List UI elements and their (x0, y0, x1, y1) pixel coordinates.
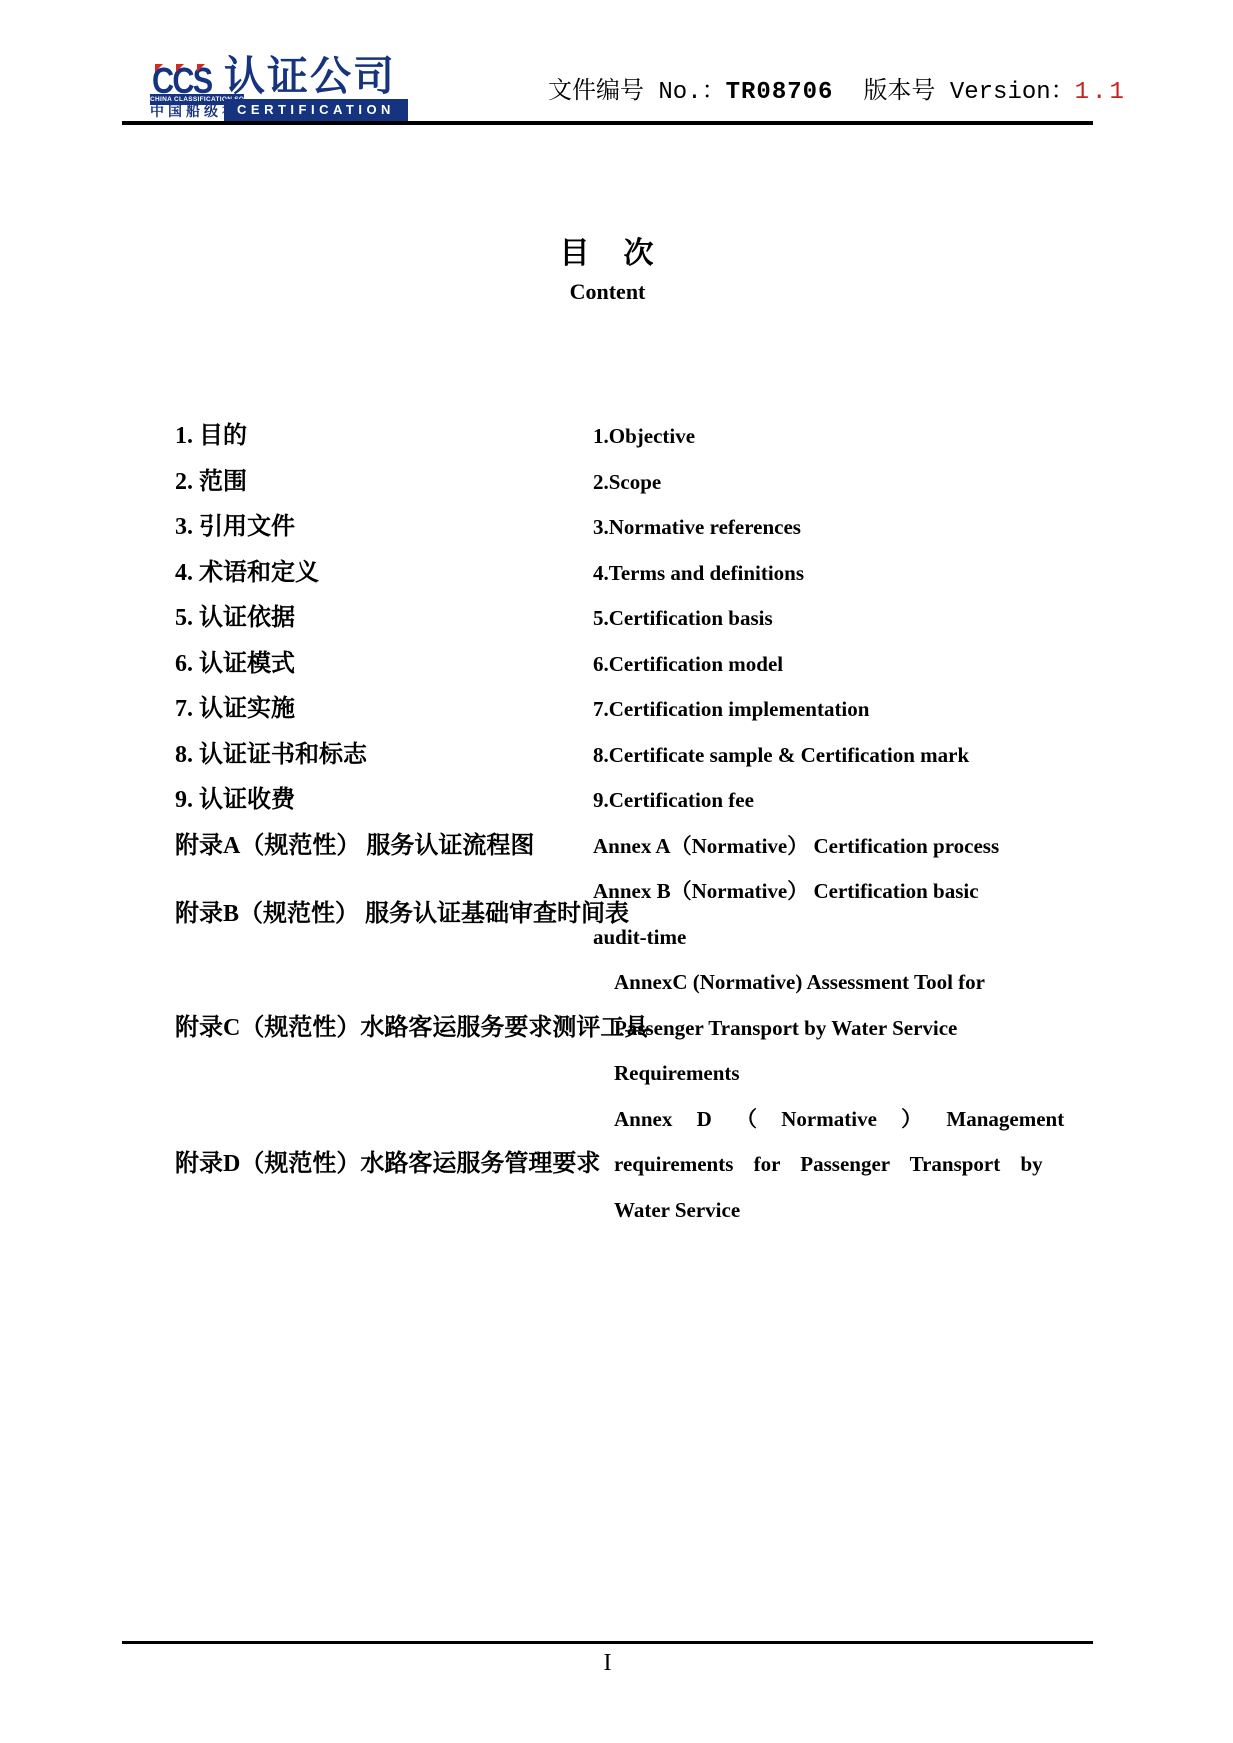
page-title-en: Content (122, 279, 1093, 305)
toc-en-line: audit-time (593, 915, 1105, 961)
toc-entry-en: AnnexC (Normative) Assessment Tool for P… (593, 960, 1105, 1097)
toc-entry-en: 6.Certification model (593, 642, 1105, 688)
toc-entry-en: Annex B（Normative） Certification basic a… (593, 869, 1105, 960)
toc-row: 2. 范围 2.Scope (175, 460, 1105, 506)
toc-entry-cn: 附录B（规范性） 服务认证基础审查时间表 (175, 869, 593, 960)
toc-entry-cn: 5. 认证依据 (175, 596, 593, 642)
toc-entry-en: 4.Terms and definitions (593, 551, 1105, 597)
doc-number-value: TR08706 (726, 79, 834, 106)
table-of-contents: 1. 目的 1.Objective 2. 范围 2.Scope 3. 引用文件 … (175, 414, 1105, 1233)
ccs-red-accent-icon (197, 64, 205, 72)
toc-entry-en: 2.Scope (593, 460, 1105, 506)
toc-entry-en: Annex D （ Normative ） Management require… (593, 1097, 1105, 1234)
toc-row: 9. 认证收费 9.Certification fee (175, 778, 1105, 824)
toc-entry-cn: 2. 范围 (175, 460, 593, 506)
logo-ccs-block: CCS (152, 66, 218, 96)
toc-entry-cn: 7. 认证实施 (175, 687, 593, 733)
toc-row: 附录B（规范性） 服务认证基础审查时间表 Annex B（Normative） … (175, 869, 1105, 960)
toc-en-line: Requirements (614, 1051, 1105, 1097)
ccs-red-accent-icon (155, 64, 163, 72)
toc-en-line: Annex B（Normative） Certification basic (593, 869, 1105, 915)
ccs-logo: CCS CHINA CLASSIFICATION SOCIETY 中国船级社 认… (150, 58, 410, 124)
toc-row: 8. 认证证书和标志 8.Certificate sample & Certif… (175, 733, 1105, 779)
toc-entry-cn: 6. 认证模式 (175, 642, 593, 688)
toc-row: 5. 认证依据 5.Certification basis (175, 596, 1105, 642)
toc-entry-en: 1.Objective (593, 414, 1105, 460)
version-label: 版本号 Version： (863, 79, 1074, 106)
toc-en-line: Passenger Transport by Water Service (614, 1006, 1105, 1052)
toc-entry-cn: 附录A（规范性） 服务认证流程图 (175, 824, 593, 870)
toc-entry-en: 5.Certification basis (593, 596, 1105, 642)
page-title-cn: 目 次 (122, 237, 1093, 271)
toc-entry-cn: 附录C（规范性）水路客运服务要求测评工具 (175, 960, 593, 1097)
toc-entry-en: 7.Certification implementation (593, 687, 1105, 733)
toc-entry-en: 3.Normative references (593, 505, 1105, 551)
doc-number-label: 文件编号 No.： (548, 79, 726, 106)
toc-en-line: Water Service (614, 1188, 1105, 1234)
version-value: 1.1 (1075, 79, 1127, 106)
logo-company-cn: 认证公司 (224, 54, 396, 98)
toc-row: 7. 认证实施 7.Certification implementation (175, 687, 1105, 733)
toc-row: 附录C（规范性）水路客运服务要求测评工具 AnnexC (Normative) … (175, 960, 1105, 1097)
toc-entry-en: 9.Certification fee (593, 778, 1105, 824)
toc-entry-cn: 4. 术语和定义 (175, 551, 593, 597)
footer-rule (122, 1641, 1093, 1644)
toc-entry-en: 8.Certificate sample & Certification mar… (593, 733, 1105, 779)
toc-entry-cn: 3. 引用文件 (175, 505, 593, 551)
toc-entry-cn: 9. 认证收费 (175, 778, 593, 824)
toc-row: 6. 认证模式 6.Certification model (175, 642, 1105, 688)
header-doc-meta: 文件编号 No.：TR08706版本号 Version：1.1 (548, 78, 1108, 108)
toc-en-line: Annex D （ Normative ） Management (614, 1097, 1105, 1143)
toc-entry-cn: 附录D（规范性）水路客运服务管理要求 (175, 1097, 593, 1234)
header-rule (122, 121, 1093, 125)
toc-row: 附录D（规范性）水路客运服务管理要求 Annex D （ Normative ）… (175, 1097, 1105, 1234)
toc-entry-en: Annex A（Normative） Certification process (593, 824, 1105, 870)
toc-entry-cn: 8. 认证证书和标志 (175, 733, 593, 779)
page-number: I (122, 1648, 1093, 1678)
toc-en-line: requirements for Passenger Transport by (614, 1142, 1105, 1188)
toc-row: 4. 术语和定义 4.Terms and definitions (175, 551, 1105, 597)
title-block: 目 次 Content (122, 237, 1093, 305)
toc-row: 1. 目的 1.Objective (175, 414, 1105, 460)
toc-entry-cn: 1. 目的 (175, 414, 593, 460)
toc-row: 附录A（规范性） 服务认证流程图 Annex A（Normative） Cert… (175, 824, 1105, 870)
logo-certification-bar: CERTIFICATION (224, 99, 408, 121)
ccs-red-accent-icon (176, 64, 184, 72)
document-page: CCS CHINA CLASSIFICATION SOCIETY 中国船级社 认… (0, 0, 1233, 1743)
toc-row: 3. 引用文件 3.Normative references (175, 505, 1105, 551)
toc-en-line: AnnexC (Normative) Assessment Tool for (614, 960, 1105, 1006)
